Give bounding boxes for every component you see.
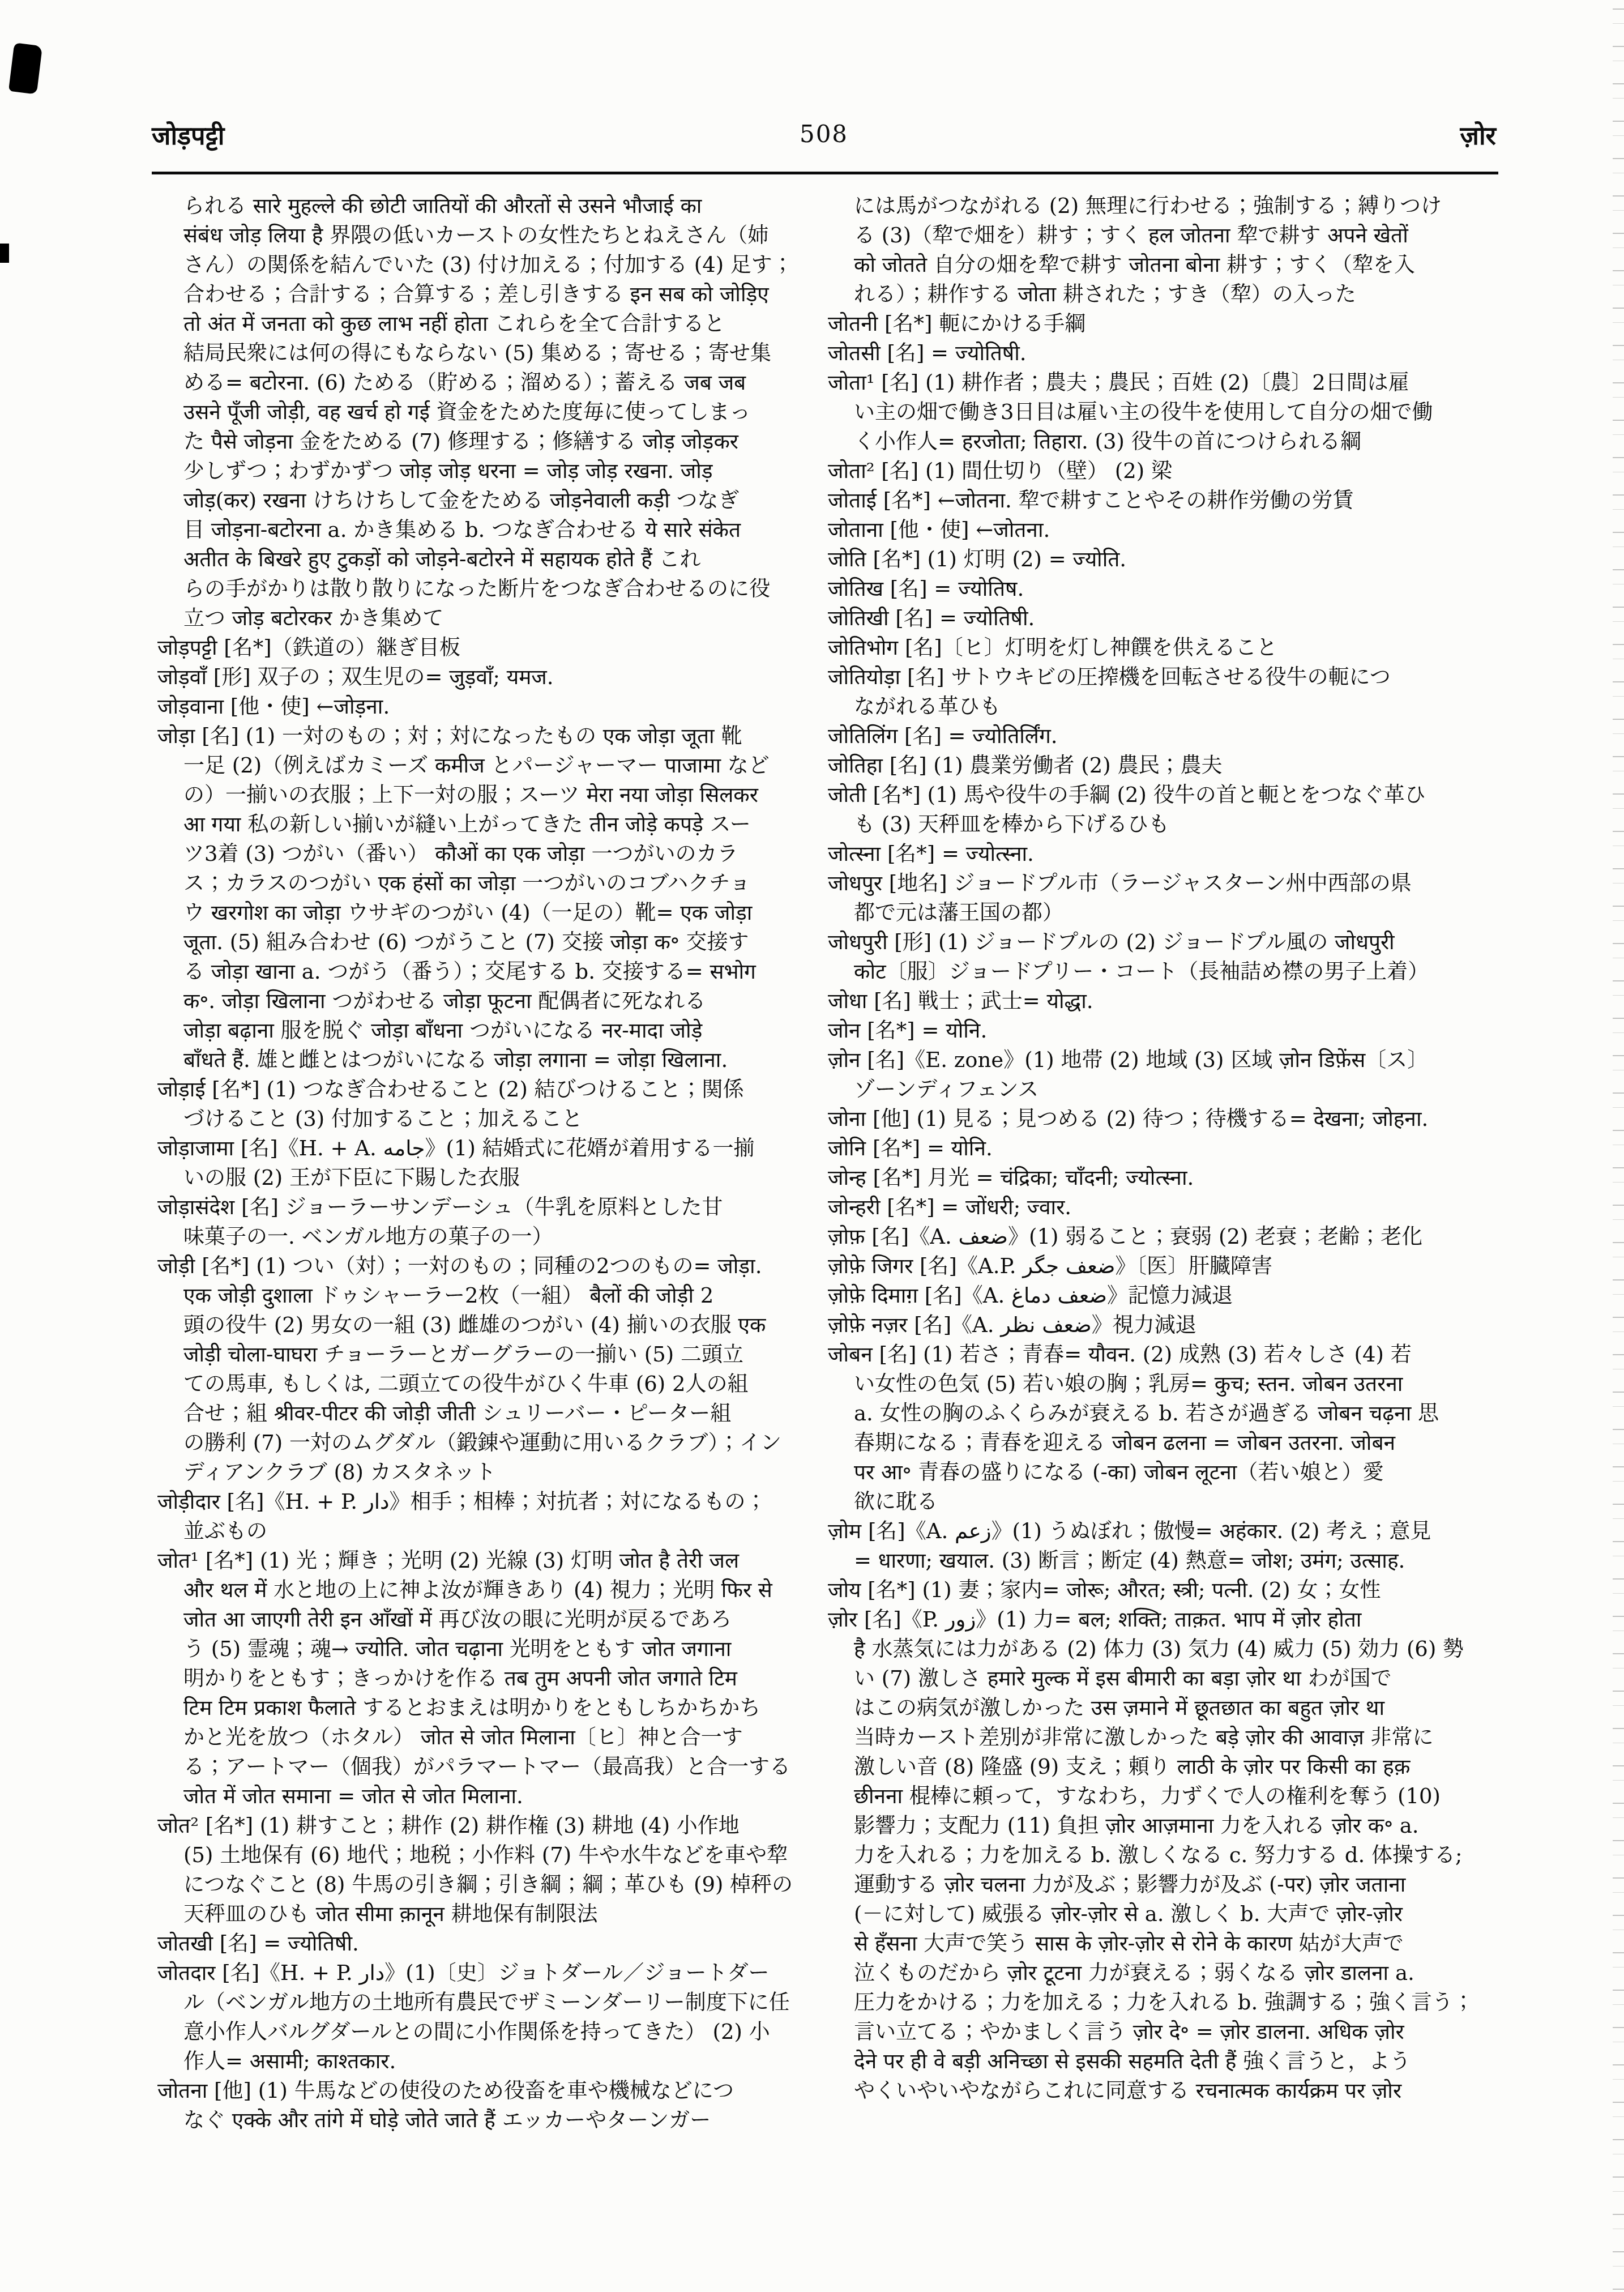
dict-line: जोत्स्ना [名*] = ज्योत्स्ना. bbox=[828, 839, 1502, 869]
dict-line: 並ぶもの bbox=[157, 1517, 823, 1546]
dictionary-page: जोड़पट्टी 508 ज़ोर られる सारे मुहल्ले की छ… bbox=[0, 0, 1624, 2292]
dict-line: छीनना 棍棒に頼って，すなわち，力ずくで人の権利を奪う (10) bbox=[828, 1782, 1502, 1811]
dict-line: जोड़ाई [名*] (1) つなぎ合わせること (2) 結びつけること；関係 bbox=[157, 1075, 823, 1104]
dict-line: う (5) 霊魂；魂→ ज्योति. जोत चढ़ाना 光明をともす जो… bbox=[157, 1634, 823, 1664]
dict-line: पर आ॰ 青春の盛りになる (-का) जोबन लूटना（若い娘と）愛 bbox=[828, 1458, 1502, 1487]
dict-line: जोतना [他] (1) 牛馬などの使役のため役畜を車や機械などにつ bbox=[157, 2076, 823, 2106]
dict-line: なぐ एक्के और तांगे में घोड़े जोते जाते है… bbox=[157, 2106, 823, 2135]
dict-line: = धारणा; खयाल. (3) 断言；断定 (4) 熱意= जोश; उम… bbox=[828, 1546, 1502, 1576]
dict-line: जोति [名*] (1) 灯明 (2) = ज्योति. bbox=[828, 545, 1502, 574]
dict-line: जोन्हरी [名*] = जोंधरी; ज्वार. bbox=[828, 1193, 1502, 1222]
dict-line: ज़ोफ़े नज़र [名]《A. ضعف نظر》視力減退 bbox=[828, 1311, 1502, 1340]
dict-line: る (3)（犂で畑を）耕す；すく हल जोतना 犂で耕す अपने खेतो… bbox=[828, 221, 1502, 250]
dict-line: जोड़ीदार [名]《H. + P. دار》相手；相棒；対抗者；対になるも… bbox=[157, 1487, 823, 1517]
dict-line: 目 जोड़ना-बटोरना a. かき集める b. つなぎ合わせる ये स… bbox=[157, 515, 823, 545]
dict-line: जोना [他] (1) 見る；見つめる (2) 待つ；待機する= देखना;… bbox=[828, 1104, 1502, 1134]
dict-line: जोतिभोग [名]〔ヒ〕灯明を灯し神饌を供えること bbox=[828, 633, 1502, 663]
scan-ink-blot bbox=[8, 42, 42, 94]
header-divider-rule bbox=[152, 172, 1498, 174]
dict-line: 影響力；支配力 (11) 負担 ज़ोर आज़माना 力を入れる ज़ोर … bbox=[828, 1811, 1502, 1841]
dict-line: づけること (3) 付加すること；加えること bbox=[157, 1104, 823, 1134]
dict-line: 作人= असामी; काश्तकार. bbox=[157, 2047, 823, 2076]
dict-line: ज़ोफ़े जिगर [名]《A.P. ضعف جگر》〔医〕肝臓障害 bbox=[828, 1252, 1502, 1281]
dict-line: ル（ベンガル地方の土地所有農民でザミーンダーリー制度下に任 bbox=[157, 1988, 823, 2017]
dict-line: है 水蒸気には力がある (2) 体力 (3) 気力 (4) 威力 (5) 効力… bbox=[828, 1634, 1502, 1664]
dict-line: जोड़पट्टी [名*]（鉄道の）継ぎ目板 bbox=[157, 633, 823, 663]
dict-line: らの手がかりは散り散りになった断片をつなぎ合わせるのに役 bbox=[157, 574, 823, 604]
dict-line: も (3) 天秤皿を棒から下げるひも bbox=[828, 810, 1502, 839]
dict-line: い (7) 激しさ हमारे मुल्क में इस बीमारी का ब… bbox=[828, 1664, 1502, 1693]
dict-line: जोत में जोत समाना = जोत से जोत मिलाना. bbox=[157, 1782, 823, 1811]
dict-line: ज़ोफ़े दिमाग़ [名]《A. ضعف دماغ》記憶力減退 bbox=[828, 1281, 1502, 1311]
dict-line: の勝利 (7) 一対のムグダル（鍛錬や運動に用いるクラブ）；イン bbox=[157, 1428, 823, 1458]
dict-line: आ गया 私の新しい揃いが縫い上がってきた तीन जोड़े कपड़े ス… bbox=[157, 810, 823, 839]
dict-line: につなぐこと (8) 牛馬の引き綱；引き綱；綱；革ひも (9) 棹秤の bbox=[157, 1870, 823, 1900]
dict-line: い主の畑で働き3日目は雇い主の役牛を使用して自分の畑で働 bbox=[828, 398, 1502, 427]
dict-line: ज़ोन [名]《E. zone》(1) 地帯 (2) 地域 (3) 区域 ज़… bbox=[828, 1045, 1502, 1075]
dict-line: जोन्ह [名*] 月光 = चंद्रिका; चाँदनी; ज्योत्… bbox=[828, 1163, 1502, 1193]
dict-line: 泣くものだから ज़ोर टूटना 力が衰える；弱くなる ज़ोर डालना… bbox=[828, 1958, 1502, 1988]
dict-line: बाँधते हैं. 雄と雌とはつがいになる जोड़ा लगाना = जो… bbox=[157, 1045, 823, 1075]
guide-word-right: ज़ोर bbox=[1460, 118, 1496, 152]
dict-line: 一足 (2)（例えばカミーズ कमीज とパージャーマー पाजामा など bbox=[157, 751, 823, 780]
dict-line: 都で元は藩王国の都） bbox=[828, 898, 1502, 928]
dict-line: 明かりをともす；きっかけを作る तब तुम अपनी जोत जगाते टि… bbox=[157, 1664, 823, 1693]
dict-line: ての馬車, もしくは, 二頭立ての役牛がひく牛車 (6) 2人の組 bbox=[157, 1369, 823, 1399]
dict-line: जोतियोड़ा [名] サトウキビの圧搾機を回転させる役牛の軛につ bbox=[828, 663, 1502, 692]
dict-line: जोत¹ [名*] (1) 光；輝き；光明 (2) 光線 (3) 灯明 जोत … bbox=[157, 1546, 823, 1576]
dict-line: क॰. जोड़ा खिलाना つがわせる जोड़ा फूटना 配偶者に死… bbox=[157, 987, 823, 1016]
dict-line: जोतिख [名] = ज्योतिष. bbox=[828, 574, 1502, 604]
dict-line: 合せ；組 श्रीवर-पीटर की जोड़ी जीती シュリーバー・ピー… bbox=[157, 1399, 823, 1428]
dict-line: 結局民衆には何の得にもならない (5) 集める；寄せる；寄せ集 bbox=[157, 339, 823, 368]
dict-line: く小作人= हरजोता; तिहारा. (3) 役牛の首につけられる綱 bbox=[828, 427, 1502, 456]
dict-line: ツ3着 (3) つがい（番い） कौओं का एक जोड़ा 一つがいのカラ bbox=[157, 839, 823, 869]
dict-line: जोड़(कर) रखना けちけちして金をためる जोड़नेवाली कड़… bbox=[157, 486, 823, 515]
dict-line: 激しい音 (8) 隆盛 (9) 支え；頼り लाठी के ज़ोर पर कि… bbox=[828, 1752, 1502, 1782]
dict-line: जोनि [名*] = योनि. bbox=[828, 1134, 1502, 1163]
dict-line: और थल में 水と地の上に神よ汝が輝きあり (4) 視力；光明 फिर स… bbox=[157, 1576, 823, 1605]
dict-line: 言い立てる；やかましく言う ज़ोर दे॰ = ज़ोर डालना. अधि… bbox=[828, 2017, 1502, 2047]
dict-line: ウ खरगोश का जोड़ा ウサギのつがい (4)（一足の）靴= एक ज… bbox=[157, 898, 823, 928]
dict-line: (－に対して) 威張る ज़ोर-ज़ोर से a. 激しく b. 大声で ज… bbox=[828, 1900, 1502, 1929]
dict-line: जोबन [名] (1) 若さ；青春= यौवन. (2) 成熟 (3) 若々し… bbox=[828, 1340, 1502, 1369]
right-column: には馬がつながれる (2) 無理に行わせる；強制する；縛りつける (3)（犂で畑… bbox=[828, 191, 1502, 2106]
dict-line: ディアンクラブ (8) カスタネット bbox=[157, 1458, 823, 1487]
guide-word-left: जोड़पट्टी bbox=[152, 118, 224, 152]
dict-line: जूता. (5) 組み合わせ (6) つがうこと (7) 交接 जोड़ा क… bbox=[157, 928, 823, 957]
dict-line: の）一揃いの衣服；上下一対の服；スーツ मेरा नया जोड़ा सिलकर bbox=[157, 780, 823, 810]
left-column: られる सारे मुहल्ले की छोटी जातियों की औरतो… bbox=[157, 191, 823, 2135]
dict-line: जोताई [名*] ←जोतना. 犂で耕すことやその耕作労働の労賃 bbox=[828, 486, 1502, 515]
dict-line: 頭の役牛 (2) 男女の一組 (3) 雌雄のつがい (4) 揃いの衣服 एक bbox=[157, 1311, 823, 1340]
dict-line: a. 女性の胸のふくらみが衰える b. 若さが過ぎる जोबन चढ़ना 思 bbox=[828, 1399, 1502, 1428]
dict-line: れる）；耕作する जोता 耕された；すき（犂）の入った bbox=[828, 280, 1502, 309]
dict-line: जोतसी [名] = ज्योतिषी. bbox=[828, 339, 1502, 368]
dict-line: 立つ जोड़ बटोरकर かき集めて bbox=[157, 604, 823, 633]
dict-line: 圧力をかける；力を加える；力を入れる b. 強調する；強く言う； bbox=[828, 1988, 1502, 2017]
dict-line: जोड़ी चोला-घाघरा チョーラーとガーグラーの一揃い (5) 二頭立 bbox=[157, 1340, 823, 1369]
dict-line: る जोड़ा खाना a. つがう（番う）；交尾する b. 交接する= सभ… bbox=[157, 957, 823, 987]
dict-line: 欲に耽る bbox=[828, 1487, 1502, 1517]
dict-line: जोताना [他・使] ←जोतना. bbox=[828, 515, 1502, 545]
dict-line: जोड़ी [名*] (1) つい（対）；一対のもの；同種の2つのもの= जोड… bbox=[157, 1252, 823, 1281]
dict-line: には馬がつながれる (2) 無理に行わせる；強制する；縛りつけ bbox=[828, 191, 1502, 221]
dict-line: जोतिखी [名] = ज्योतिषी. bbox=[828, 604, 1502, 633]
dict-line: जोतिहा [名] (1) 農業労働者 (2) 農民；農夫 bbox=[828, 751, 1502, 780]
dict-line: तो अंत में जनता को कुछ लाभ नहीं होता これら… bbox=[157, 309, 823, 339]
dict-line: जोड़ा [名] (1) 一対のもの；対；対になったもの एक जोड़ा ज… bbox=[157, 722, 823, 751]
scan-edge-mark bbox=[0, 244, 9, 263]
dict-line: 力を入れる；力を加える b. 激しくなる c. 努力する d. 体操する; bbox=[828, 1841, 1502, 1870]
dict-line: जोन [名*] = योनि. bbox=[828, 1016, 1502, 1045]
dict-line: जोत आ जाएगी तेरी इन आँखों में 再び汝の眼に光明が戻… bbox=[157, 1605, 823, 1634]
dict-line: た पैसे जोड़ना 金をためる (7) 修理する；修繕する जोड़ ज… bbox=[157, 427, 823, 456]
dict-line: ज़ोफ़ [名]《A. ضعف》(1) 弱ること；衰弱 (2) 老衰；老齢；老… bbox=[828, 1222, 1502, 1252]
dict-line: जोतखी [名] = ज्योतिषी. bbox=[157, 1929, 823, 1958]
dict-line: 当時カースト差別が非常に激しかった बड़े ज़ोर की आवाज़ 非常に bbox=[828, 1723, 1502, 1752]
dict-line: かと光を放つ（ホタル） जोत से जोत मिलाना〔ヒ〕神と合一す bbox=[157, 1723, 823, 1752]
dict-line: उसने पूँजी जोड़ी, वह खर्च हो गई 資金をためた度毎… bbox=[157, 398, 823, 427]
dict-line: जोतिलिंग [名] = ज्योतिर्लिंग. bbox=[828, 722, 1502, 751]
dict-line: る；アートマー（個我）がパラマートマー（最高我）と合一する bbox=[157, 1752, 823, 1782]
dict-line: जोतनी [名*] 軛にかける手綱 bbox=[828, 309, 1502, 339]
dict-line: जोधपुरी [形] (1) ジョードプルの (2) ジョードプル風の जोध… bbox=[828, 928, 1502, 957]
dict-line: いの服 (2) 王が下臣に下賜した衣服 bbox=[157, 1163, 823, 1193]
dict-line: 運動する ज़ोर चलना 力が及ぶ；影響力が及ぶ (-पर) ज़ोर जत… bbox=[828, 1870, 1502, 1900]
dict-line: जोड़ाजामा [名]《H. + A. جامه》(1) 結婚式に花婿が着用… bbox=[157, 1134, 823, 1163]
dict-line: जोड़वाना [他・使] ←जोड़ना. bbox=[157, 692, 823, 722]
dict-line: कोट〔服〕ジョードプリー・コート（長袖詰め襟の男子上着） bbox=[828, 957, 1502, 987]
dict-line: やくいやいやながらこれに同意する रचनात्मक कार्यक्रम पर ज… bbox=[828, 2076, 1502, 2106]
dict-line: 少しずつ；わずかずつ जोड़ जोड़ धरना = जोड़ जोड़ रख… bbox=[157, 456, 823, 486]
page-number: 508 bbox=[800, 120, 848, 148]
dict-line: 天秤皿のひも जोत सीमा क़ानून 耕地保有制限法 bbox=[157, 1900, 823, 1929]
dict-line: ज़ोर [名]《P. زور》(1) 力= बल; शक्ति; ताक़त.… bbox=[828, 1605, 1502, 1634]
dict-line: 合わせる；合計する；合算する；差し引きする इन सब को जोड़िए bbox=[157, 280, 823, 309]
dict-line: 春期になる；青春を迎える जोबन ढलना = जोबन उतरना. जोब… bbox=[828, 1428, 1502, 1458]
running-head: जोड़पट्टी 508 ज़ोर bbox=[152, 118, 1496, 159]
dict-line: さん）の関係を結んでいた (3) 付け加える；付加する (4) 足す； bbox=[157, 250, 823, 280]
dict-line: जोड़ासंदेश [名] ジョーラーサンデーシュ（牛乳を原料とした甘 bbox=[157, 1193, 823, 1222]
dict-line: られる सारे मुहल्ले की छोटी जातियों की औरतो… bbox=[157, 191, 823, 221]
dict-line: अतीत के बिखरे हुए टुकड़ों को जोड़ने-बटोर… bbox=[157, 545, 823, 574]
dict-line: जोधपुर [地名] ジョードプル市（ラージャスターン州中西部の県 bbox=[828, 869, 1502, 898]
scan-noise-right-edge bbox=[1613, 0, 1624, 2292]
dict-line: ज़ोम [名]《A. زعم》(1) うぬぼれ；傲慢= अहंकार. (2)… bbox=[828, 1517, 1502, 1546]
dict-line: ス；カラスのつがい एक हंसों का जोड़ा 一つがいのコブハクチョ bbox=[157, 869, 823, 898]
dict-line: जोती [名*] (1) 馬や役牛の手綱 (2) 役牛の首と軛とをつなぐ革ひ bbox=[828, 780, 1502, 810]
dict-line: 味菓子の一. ベンガル地方の菓子の一） bbox=[157, 1222, 823, 1252]
dict-line: एक जोड़ी दुशाला ドゥシャーラー2枚（一組） बैलों की ज… bbox=[157, 1281, 823, 1311]
dict-line: देने पर ही वे बड़ी अनिच्छा से इसकी सहमति… bbox=[828, 2047, 1502, 2076]
dict-line: को जोतते 自分の畑を犂で耕す जोतना बोना 耕す；すく（犂を入 bbox=[828, 250, 1502, 280]
dict-line: जोड़वाँ [形] 双子の；双生児の= जुड़वाँ; यमज. bbox=[157, 663, 823, 692]
dict-line: ながれる革ひも bbox=[828, 692, 1502, 722]
dict-line: जोड़ा बढ़ाना 服を脱ぐ जोड़ा बाँधना つがいになる नर… bbox=[157, 1016, 823, 1045]
dict-line: जोता² [名] (1) 間仕切り（壁） (2) 梁 bbox=[828, 456, 1502, 486]
dict-line: जोत² [名*] (1) 耕すこと；耕作 (2) 耕作権 (3) 耕地 (4)… bbox=[157, 1811, 823, 1841]
dict-line: से हँसना 大声で笑う सास के ज़ोर-ज़ोर से रोने … bbox=[828, 1929, 1502, 1958]
dict-line: はこの病気が激しかった उस ज़माने में छूतछात का बहुत… bbox=[828, 1693, 1502, 1723]
dict-line: संबंध जोड़ लिया है 界隈の低いカーストの女性たちとねえさん（姉 bbox=[157, 221, 823, 250]
dict-line: める= बटोरना. (6) ためる（貯める；溜める）；蓄える जब जब bbox=[157, 368, 823, 398]
dict-line: 意小作人バルグダールとの間に小作関係を持ってきた） (2) 小 bbox=[157, 2017, 823, 2047]
dict-line: जोधा [名] 戦士；武士= योद्धा. bbox=[828, 987, 1502, 1016]
dict-line: जोतदार [名]《H. + P. دار》(1)〔史〕ジョトダール／ジョート… bbox=[157, 1958, 823, 1988]
dict-line: い女性の色気 (5) 若い娘の胸；乳房= कुच; स्तन. जोबन उतर… bbox=[828, 1369, 1502, 1399]
dict-line: जोय [名*] (1) 妻；家内= जोरू; औरत; स्त्री; पत… bbox=[828, 1576, 1502, 1605]
dict-line: (5) 土地保有 (6) 地代；地税；小作料 (7) 牛や水牛などを車や犂 bbox=[157, 1841, 823, 1870]
dict-line: ゾーンディフェンス bbox=[828, 1075, 1502, 1104]
dict-line: जोता¹ [名] (1) 耕作者；農夫；農民；百姓 (2)〔農〕2日間は雇 bbox=[828, 368, 1502, 398]
dict-line: टिम टिम प्रकाश फैलाते するとおまえは明かりをともしちかちか… bbox=[157, 1693, 823, 1723]
